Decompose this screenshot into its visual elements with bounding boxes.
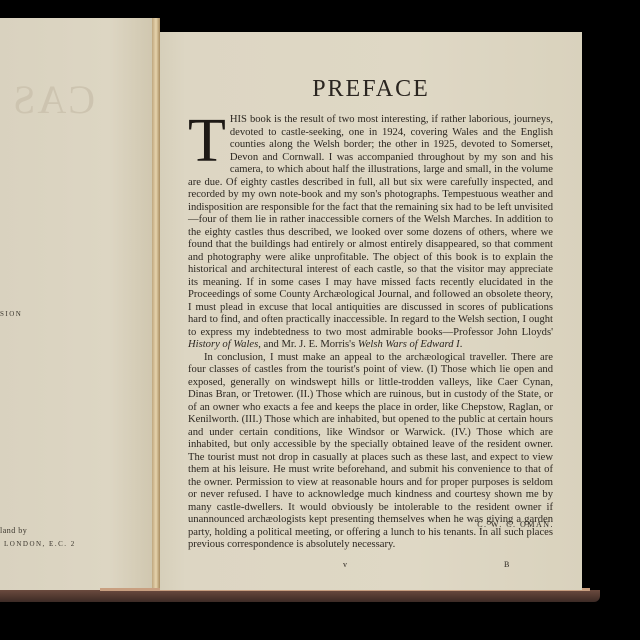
- imprint-line-1: land by: [0, 526, 27, 535]
- paragraph-1: THIS book is the result of two most inte…: [188, 114, 553, 352]
- left-page-fragment: SION: [0, 310, 22, 318]
- preface-body: THIS book is the result of two most inte…: [188, 114, 553, 552]
- show-through-title: CAS: [0, 76, 95, 123]
- book-cover-edge: [0, 590, 600, 602]
- drop-cap: T: [188, 116, 226, 166]
- signature-mark: B: [504, 560, 509, 569]
- right-page: PREFACE THIS book is the result of two m…: [160, 32, 582, 590]
- author-signature: C. W. C. OMAN.: [477, 520, 554, 529]
- imprint-line-2: LONDON, E.C. 2: [4, 540, 76, 548]
- left-page: CAS SION land by LONDON, E.C. 2: [0, 18, 156, 594]
- page-number: v: [343, 560, 347, 569]
- page-title: PREFACE: [160, 76, 582, 103]
- book-gutter: [152, 18, 160, 594]
